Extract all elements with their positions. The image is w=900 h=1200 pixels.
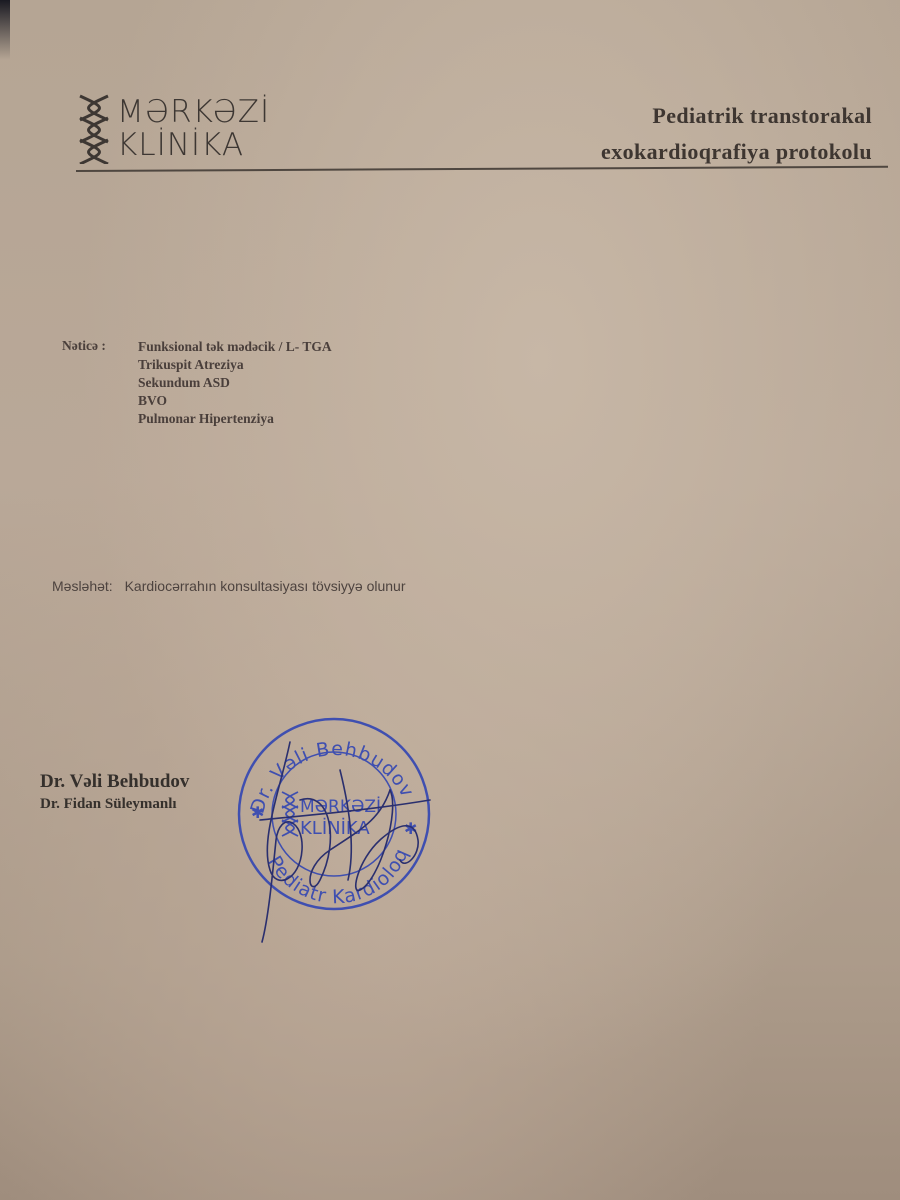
findings-list: Funksional tək mədəcik / L- TGA Trikuspi… — [138, 338, 458, 428]
clinic-logo: MƏRKƏZİ KLİNİKA — [76, 94, 270, 164]
finding-item: BVO — [138, 392, 458, 410]
finding-item: Funksional tək mədəcik / L- TGA — [138, 338, 458, 356]
dna-helix-icon — [76, 94, 114, 164]
handwritten-signature — [240, 730, 440, 950]
advice-section: Məsləhət: Kardiocərrahın konsultasiyası … — [52, 578, 406, 594]
findings-label: Nəticə : — [62, 338, 132, 354]
finding-item: Sekundum ASD — [138, 374, 458, 392]
document-title: Pediatrik transtorakal exokardioqrafiya … — [601, 98, 872, 170]
title-line-2: exokardioqrafiya protokolu — [601, 134, 872, 170]
finding-item: Pulmonar Hipertenziya — [138, 410, 458, 428]
secondary-doctor-name: Dr. Fidan Süleymanlı — [40, 794, 189, 814]
finding-item: Trikuspit Atreziya — [138, 356, 458, 374]
title-line-1: Pediatrik transtorakal — [601, 98, 872, 134]
doctors-signature-block: Dr. Vəli Behbudov Dr. Fidan Süleymanlı — [40, 770, 189, 814]
background-corner — [0, 0, 10, 60]
logo-line-2: KLİNİKA — [117, 129, 270, 162]
document-page: MƏRKƏZİ KLİNİKA Pediatrik transtorakal e… — [0, 0, 900, 1200]
logo-line-1: MƏRKƏZİ — [117, 96, 270, 129]
advice-label: Məsləhət: — [52, 578, 113, 594]
advice-text: Kardiocərrahın konsultasiyası tövsiyyə o… — [125, 578, 406, 594]
primary-doctor-name: Dr. Vəli Behbudov — [40, 770, 189, 794]
